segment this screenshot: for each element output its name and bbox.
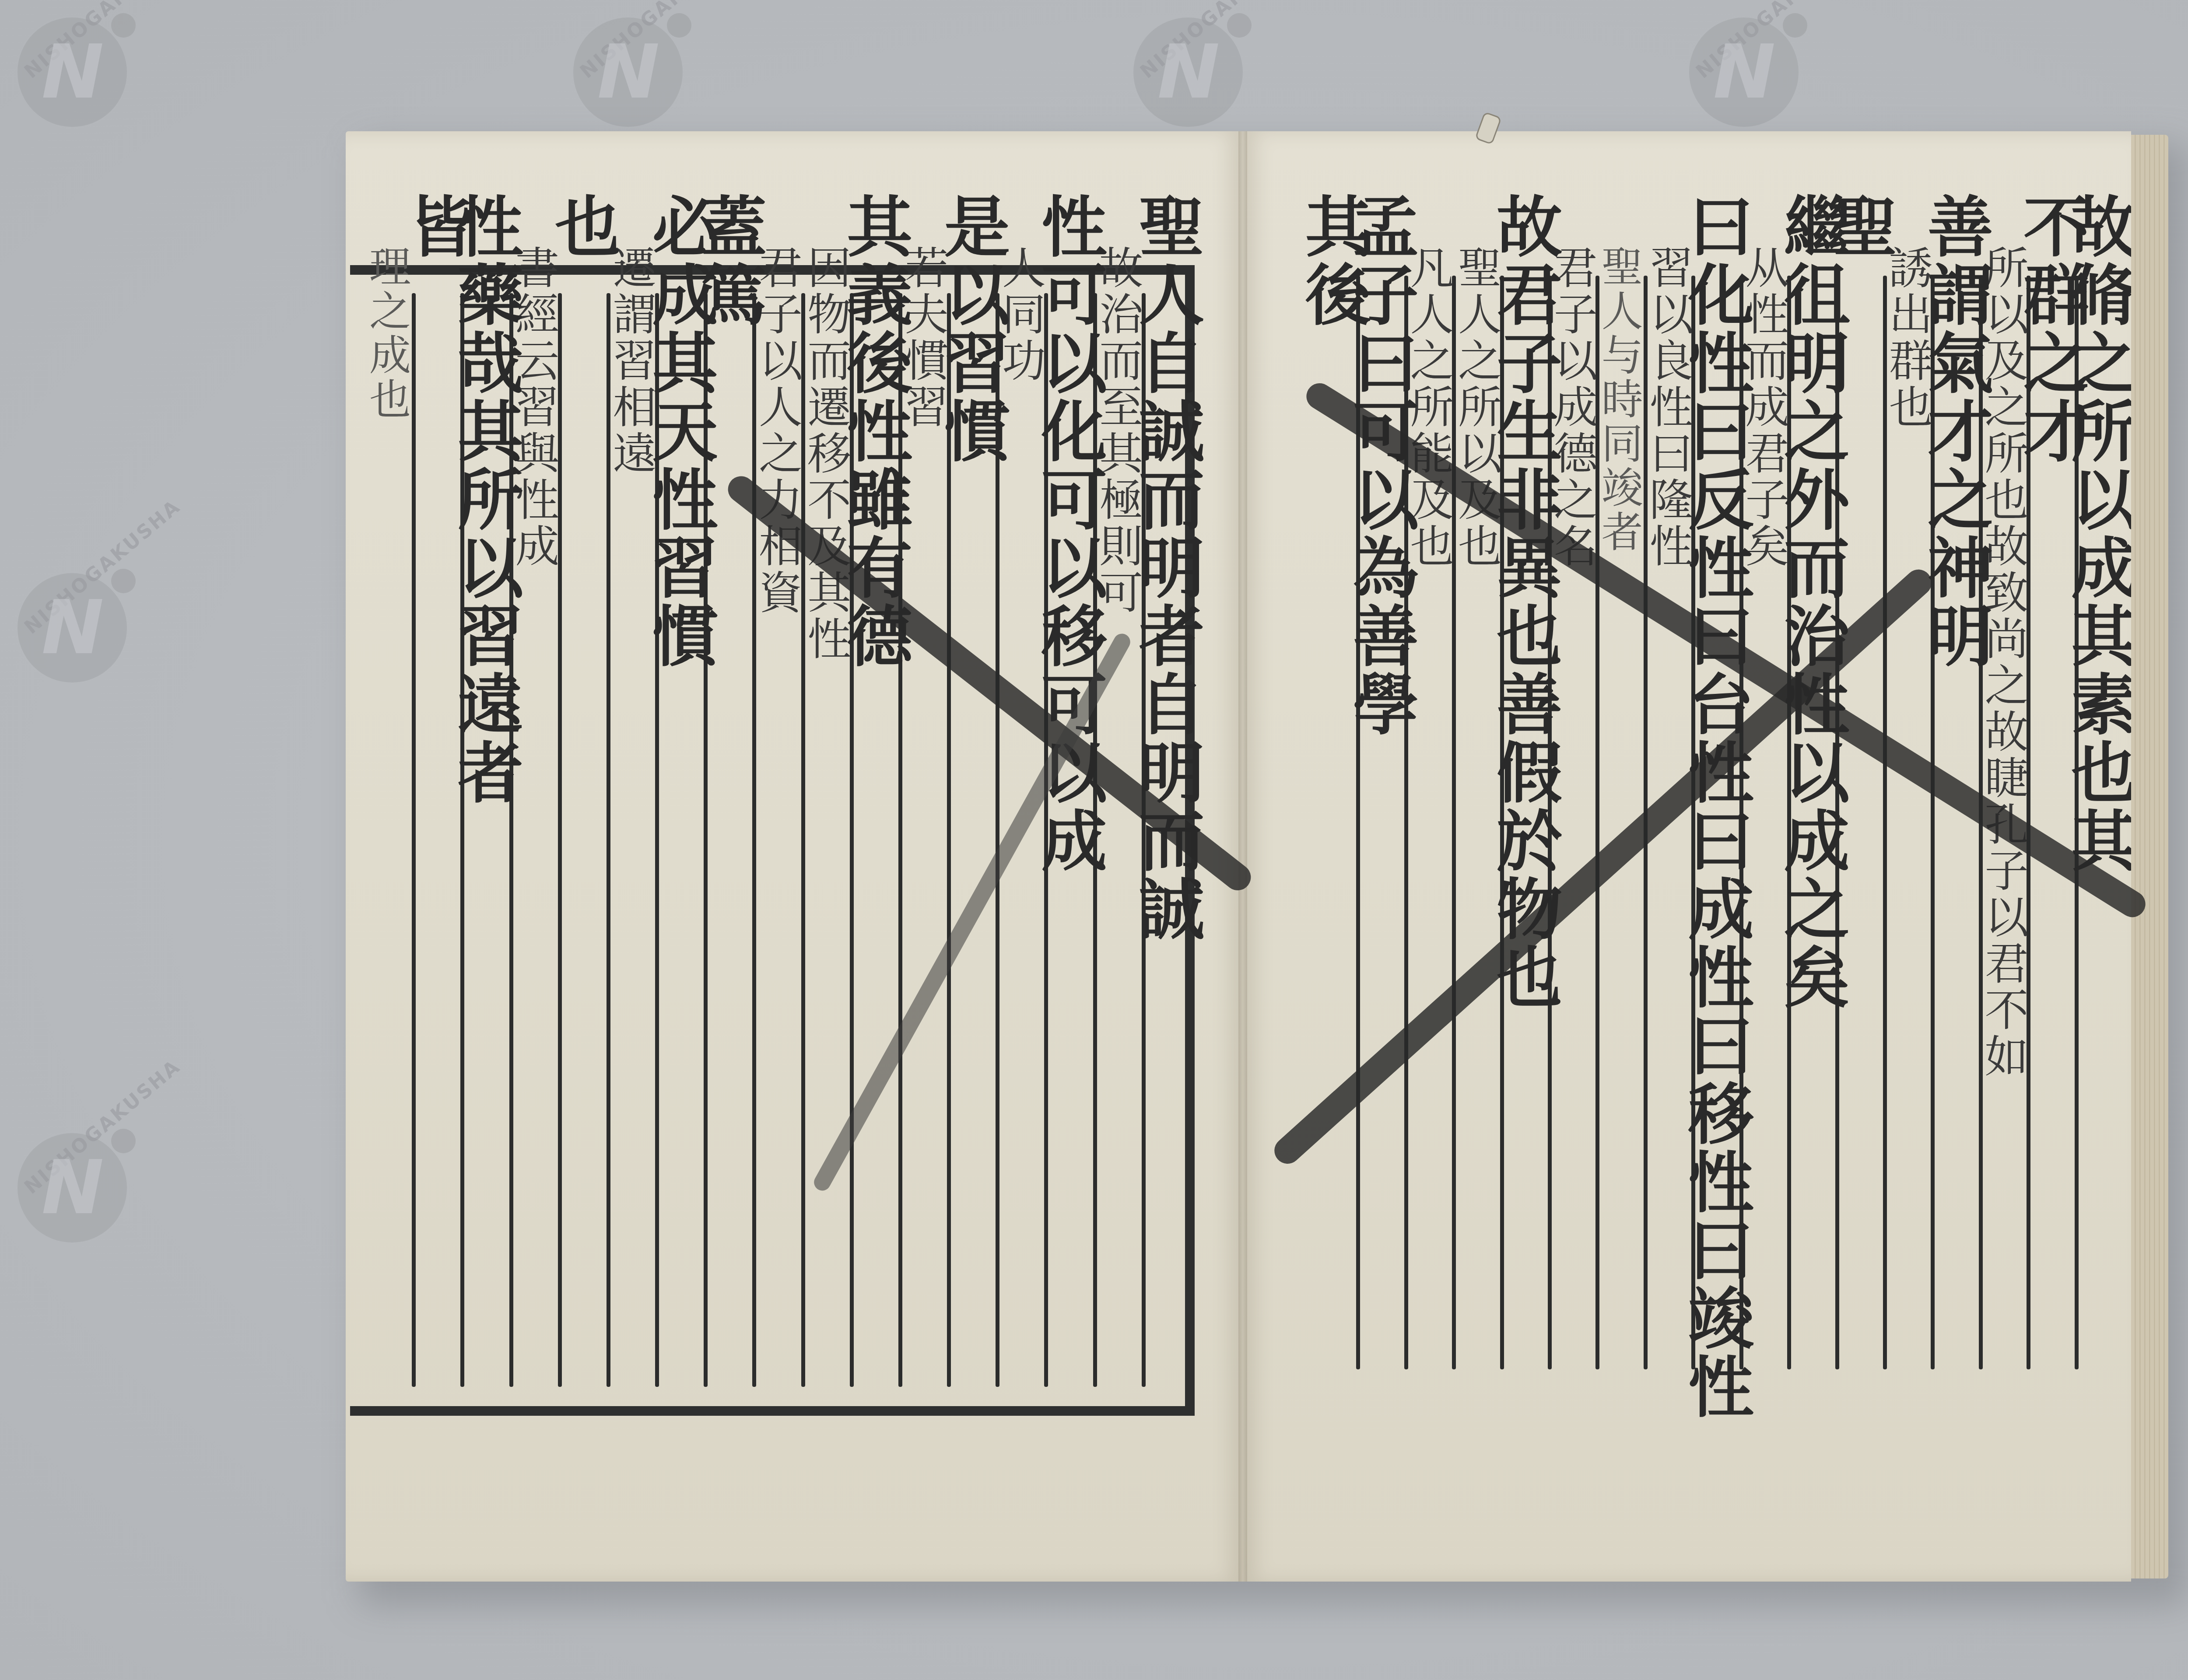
text-column: 其後 (1300, 192, 1365, 329)
text-column: 聖人与時同竣者 (1598, 245, 1639, 554)
column-rule-line (1883, 276, 1887, 1369)
watermark-logo: NISHOGAKUSHAN (18, 1133, 127, 1242)
text-column: 遷謂習相遠 (609, 245, 652, 477)
watermark-dot-icon (1227, 13, 1252, 38)
text-column: 聖人之所以及也 (1454, 245, 1498, 570)
right-page: 故脩之所以成其素也其不群之才所以及之所也故致尚之故睫孔子以君不如善謂氣才之神明誘… (1243, 131, 2131, 1582)
watermark-dot-icon (111, 1129, 136, 1153)
watermark-n-icon: N (42, 591, 104, 665)
column-rule-line (412, 293, 416, 1387)
watermark-n-icon: N (1713, 35, 1775, 109)
watermark-logo: NISHOGAKUSHAN (18, 17, 127, 127)
text-column: 必成其天性習慣 (647, 192, 712, 670)
watermark-dot-icon (111, 569, 136, 593)
book-gutter (1238, 131, 1247, 1582)
watermark-dot-icon (667, 13, 691, 38)
text-column: 因物而遷移不及其性 (803, 245, 847, 662)
watermark-logo: NISHOGAKUSHAN (18, 573, 127, 682)
watermark-dot-icon (111, 13, 136, 38)
text-column: 理之成也 (366, 245, 407, 422)
page-stack-edge (2131, 135, 2168, 1578)
watermark-logo: NISHOGAKUSHAN (1689, 17, 1799, 127)
watermark-n-icon: N (42, 1151, 104, 1225)
text-column: 性藥哉其所以習遠者 (452, 192, 518, 807)
left-page: 聖人自誠而明者自明而誠故治而至其極則可性可以化可以移可以成人同功是以習慣若夫慣習… (346, 131, 1243, 1582)
watermark-dot-icon (1783, 13, 1807, 38)
watermark-logo: NISHOGAKUSHAN (1133, 17, 1243, 127)
watermark-n-icon: N (42, 35, 104, 109)
open-book: 聖人自誠而明者自明而誠故治而至其極則可性可以化可以移可以成人同功是以習慣若夫慣習… (346, 131, 2168, 1582)
text-column: 皆 (403, 192, 469, 261)
watermark-logo: NISHOGAKUSHAN (573, 17, 683, 127)
text-column: 習以良性曰隆性 (1646, 245, 1690, 570)
watermark-n-icon: N (1157, 35, 1220, 109)
text-column: 誘出群也 (1885, 245, 1929, 430)
watermark-n-icon: N (597, 35, 659, 109)
